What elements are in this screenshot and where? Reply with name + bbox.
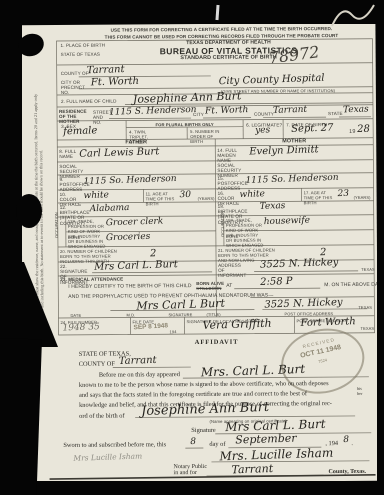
notary-county-value: Tarrant <box>231 462 273 476</box>
children-including-value: 2 <box>150 248 157 259</box>
father-section-header: FATHER <box>57 140 215 146</box>
notary-label-2: in and for <box>174 470 197 477</box>
father-trade-value: Grocer clerk <box>106 217 164 229</box>
medical-certify-suffix: M. ON THE ABOVE DATE <box>324 283 384 289</box>
sworn-year-value: 8 <box>343 435 349 445</box>
residence-city-value: Ft. Worth <box>205 105 249 116</box>
father-age-value: 30 <box>179 190 191 200</box>
residence-street-label: STREET AND NO. <box>93 110 109 126</box>
sworn-mid: day of <box>209 441 225 448</box>
scan-bottom-left-shadow <box>0 338 42 495</box>
pronoun-her: her <box>357 392 362 397</box>
city-precinct-label: CITY OR PRECINCT NO. <box>61 80 87 96</box>
medical-section-label: 23. MEDICAL ATTENDANCE <box>60 277 123 283</box>
scan-bottom-band <box>0 481 384 495</box>
mother-address-label: 15. POSTOFFICE ADDRESS <box>217 176 241 192</box>
residence-state-label: STATE <box>328 111 343 116</box>
mother-age-suffix: (YEARS) <box>354 195 371 200</box>
place-of-birth-label: 1. PLACE OF BIRTH <box>61 43 106 49</box>
informant-address-label: ADDRESS OF INFORMANT <box>218 263 248 279</box>
medical-po-label: POST OFFICE ADDRESS <box>284 311 333 317</box>
father-age-label: 11. AGE AT TIME OF THIS BIRTH <box>146 191 176 207</box>
mother-race-value: white <box>239 189 265 200</box>
city-value: Ft. Worth <box>91 76 140 89</box>
residence-city-label: CITY <box>193 112 204 117</box>
file-number-value: 1948 35 <box>62 322 100 333</box>
residence-section-label: RESIDENCE OF THE MOTHER <box>59 109 89 125</box>
father-age-suffix: (YEARS) <box>198 196 215 201</box>
father-birthplace-value: Alabama <box>90 203 130 214</box>
scan-right-band <box>377 0 384 495</box>
registrar-signature-value: Vera Griffith <box>202 317 272 332</box>
affidavit-body-line4: ord of the birth of <box>79 413 124 420</box>
birth-time-value: 2:58 P <box>260 276 293 288</box>
father-race-value: white <box>83 190 109 201</box>
mother-trade-value: housewife <box>264 216 311 228</box>
registrar-state-suffix: TEXAS <box>361 326 375 331</box>
stillborn-label-struck: STILLBORN <box>196 286 221 291</box>
sworn-prefix: Sworn to and subscribed before me, this <box>63 441 166 449</box>
registrar-po-value: Fort Worth <box>300 316 356 329</box>
medical-date-label: DATE <box>70 313 81 318</box>
residence-state-value: Texas <box>343 104 369 115</box>
mother-birthplace-value: Texas <box>260 201 286 212</box>
father-name-label: 8. FULL NAME <box>59 149 79 160</box>
dob-year-prefix: 19 <box>349 130 355 135</box>
at-label: AT <box>226 284 232 289</box>
notary-suffix: County, Texas. <box>329 469 367 476</box>
father-industry-value: Groceries <box>106 232 151 243</box>
sex-value: female <box>63 125 98 137</box>
residence-county-label: COUNTY <box>254 111 274 116</box>
state-of-texas-label: STATE OF TEXAS <box>61 52 100 57</box>
affidavit-county-value: Tarrant <box>119 355 157 367</box>
medical-certify-prefix: I HEREBY CERTIFY TO THE BIRTH OF THIS CH… <box>68 284 191 290</box>
child-name-label: 2. FULL NAME OF CHILD <box>61 99 117 105</box>
certificate-paper: USE THIS FORM FOR CORRECTING A CERTIFICA… <box>20 23 378 483</box>
father-industry-label: 13B. INDUSTRY OR BUSINESS IN WHICH ENGAG… <box>68 234 106 250</box>
mother-name-label: 14. FULL MAIDEN NAME <box>217 148 241 164</box>
county-of-label: COUNTY OF <box>61 71 89 76</box>
father-occupation-rotated-label: OCCUPATION <box>55 212 60 238</box>
mother-age-value: 23 <box>337 189 349 199</box>
mother-industry-label: 19B. INDUSTRY OR BUSINESS IN WHICH ENGAG… <box>226 233 264 249</box>
father-address-label: 9. POSTOFFICE ADDRESS <box>59 177 83 193</box>
file-date-year-prefix: 194 <box>170 329 177 334</box>
scan-hole-left <box>16 194 42 228</box>
pen-check-mark <box>326 0 378 32</box>
appeared-prefix: Before me on this day appeared <box>99 371 180 379</box>
legitimate-value: yes <box>255 125 270 135</box>
county-value: Tarrant <box>87 64 125 76</box>
sworn-day-value: 8 <box>190 437 196 447</box>
mother-age-label: 17. AGE AT TIME OF THIS BIRTH <box>304 190 334 206</box>
dob-year-value: 28 <box>357 124 370 135</box>
mother-name-value: Evelyn Dimitt <box>249 144 319 157</box>
sworn-period: . <box>351 440 353 447</box>
md-label: M.D. <box>126 312 135 317</box>
dob-value: Sept. 27 <box>291 123 334 135</box>
informant-state-suffix: TEXAS <box>361 267 375 272</box>
plural-births-header: FOR PLURAL BIRTHS ONLY <box>126 122 243 128</box>
signature-label: Signature <box>191 427 216 434</box>
sworn-month-value: September <box>235 432 297 447</box>
medical-state-suffix: TEXAS <box>358 305 372 310</box>
medical-title-label: (TITLE) <box>206 312 220 317</box>
affidavit-county-label: COUNTY OF <box>79 361 115 368</box>
scanned-birth-certificate: USE THIS FORM FOR CORRECTING A CERTIFICA… <box>0 0 384 495</box>
medical-signature-label: SIGNATURE <box>168 312 192 317</box>
residence-county-value: Tarrant <box>273 105 307 116</box>
